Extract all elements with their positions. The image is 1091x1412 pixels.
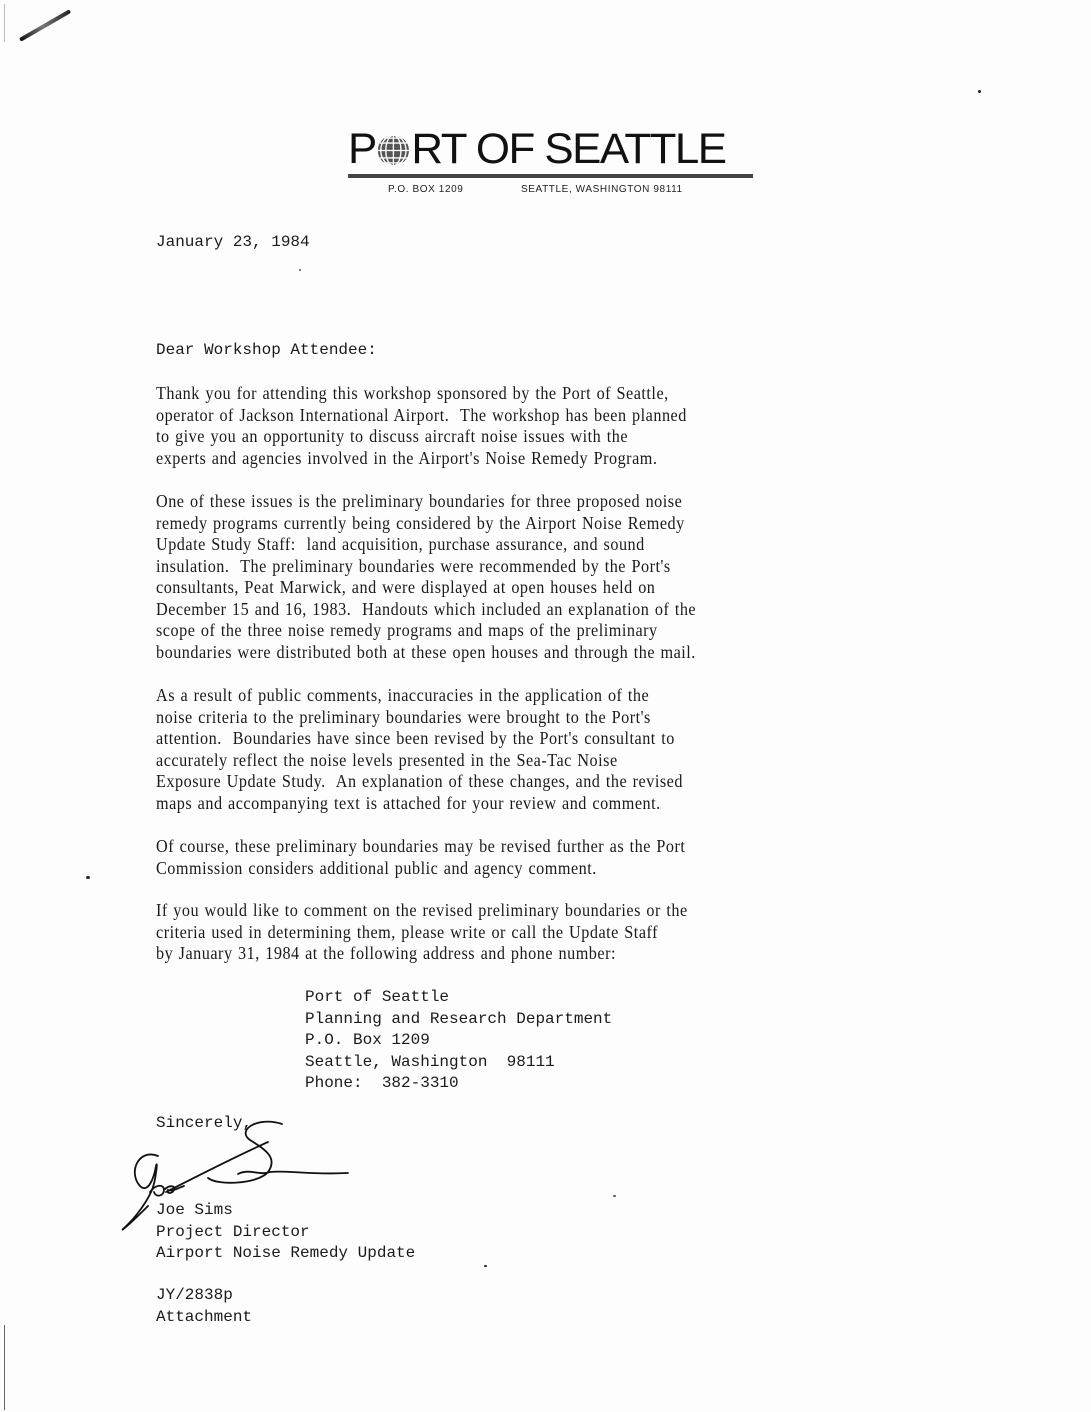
- text-line: Exposure Update Study. An explanation of…: [156, 771, 683, 793]
- letterhead: P RT OF SEATTLE P.O. BOX 1209 SEATTLE,: [348, 128, 753, 195]
- margin-mark: [86, 876, 90, 879]
- text-line: accurately reflect the noise levels pres…: [156, 750, 683, 772]
- contact-address: Port of Seattle Planning and Research De…: [305, 987, 612, 1095]
- text-line: experts and agencies involved in the Air…: [156, 448, 687, 470]
- text-line: Update Study Staff: land acquisition, pu…: [156, 534, 696, 556]
- phone-line: Phone: 382-3310: [305, 1073, 612, 1095]
- signer-block: Joe Sims Project Director Airport Noise …: [156, 1200, 415, 1265]
- text-line: maps and accompanying text is attached f…: [156, 793, 683, 815]
- paragraph-2: One of these issues is the preliminary b…: [156, 491, 696, 663]
- pen-mark: [19, 9, 71, 41]
- paragraph-1: Thank you for attending this workshop sp…: [156, 383, 687, 469]
- letterhead-title-prefix: P: [348, 128, 376, 170]
- signer-department: Airport Noise Remedy Update: [156, 1243, 415, 1265]
- text-line: Of course, these preliminary boundaries …: [156, 836, 685, 858]
- reference-block: JY/2838p Attachment: [156, 1285, 252, 1328]
- address-line: Planning and Research Department: [305, 1009, 612, 1031]
- scan-edge-line: [4, 4, 5, 42]
- text-line: consultants, Peat Marwick, and were disp…: [156, 577, 696, 599]
- text-line: Commission considers additional public a…: [156, 858, 685, 880]
- letterhead-city: SEATTLE, WASHINGTON 98111: [521, 184, 683, 195]
- paragraph-5: If you would like to comment on the revi…: [156, 900, 688, 965]
- paragraph-4: Of course, these preliminary boundaries …: [156, 836, 685, 879]
- signer-title: Project Director: [156, 1222, 415, 1244]
- paragraph-3: As a result of public comments, inaccura…: [156, 685, 683, 814]
- text-line: December 15 and 16, 1983. Handouts which…: [156, 599, 696, 621]
- text-line: noise criteria to the preliminary bounda…: [156, 707, 683, 729]
- text-line: attention. Boundaries have since been re…: [156, 728, 683, 750]
- text-line: scope of the three noise remedy programs…: [156, 620, 696, 642]
- salutation: Dear Workshop Attendee:: [156, 341, 377, 359]
- letterhead-title-suffix: RT OF SEATTLE: [411, 128, 725, 170]
- globe-icon: [377, 134, 411, 167]
- text-line: Thank you for attending this workshop sp…: [156, 383, 687, 405]
- text-line: boundaries were distributed both at thes…: [156, 642, 696, 664]
- margin-mark: [978, 90, 981, 93]
- signer-name: Joe Sims: [156, 1200, 415, 1222]
- scan-edge-line: [4, 1325, 5, 1410]
- text-line: insulation. The preliminary boundaries w…: [156, 556, 696, 578]
- letter-date: January 23, 1984: [156, 233, 310, 251]
- text-line: remedy programs currently being consider…: [156, 513, 696, 535]
- text-line: criteria used in determining them, pleas…: [156, 922, 688, 944]
- text-line: One of these issues is the preliminary b…: [156, 491, 696, 513]
- text-line: If you would like to comment on the revi…: [156, 900, 688, 922]
- text-line: operator of Jackson International Airpor…: [156, 405, 687, 427]
- text-line: to give you an opportunity to discuss ai…: [156, 426, 687, 448]
- text-line: As a result of public comments, inaccura…: [156, 685, 683, 707]
- letterhead-po-box: P.O. BOX 1209: [388, 184, 521, 195]
- stray-mark: [299, 269, 301, 271]
- typist-reference: JY/2838p: [156, 1285, 252, 1307]
- text-line: by January 31, 1984 at the following add…: [156, 943, 688, 965]
- letterhead-address: P.O. BOX 1209 SEATTLE, WASHINGTON 98111: [348, 184, 753, 195]
- letterhead-title: P RT OF SEATTLE: [348, 128, 761, 170]
- address-line: Seattle, Washington 98111: [305, 1052, 612, 1074]
- letterhead-rule: [348, 174, 753, 178]
- stray-mark: [613, 1195, 616, 1197]
- address-line: Port of Seattle: [305, 987, 612, 1009]
- enclosure-notation: Attachment: [156, 1307, 252, 1329]
- address-line: P.O. Box 1209: [305, 1030, 612, 1052]
- letter-page: P RT OF SEATTLE P.O. BOX 1209 SEATTLE,: [0, 0, 1091, 1412]
- stray-mark: [484, 1265, 487, 1267]
